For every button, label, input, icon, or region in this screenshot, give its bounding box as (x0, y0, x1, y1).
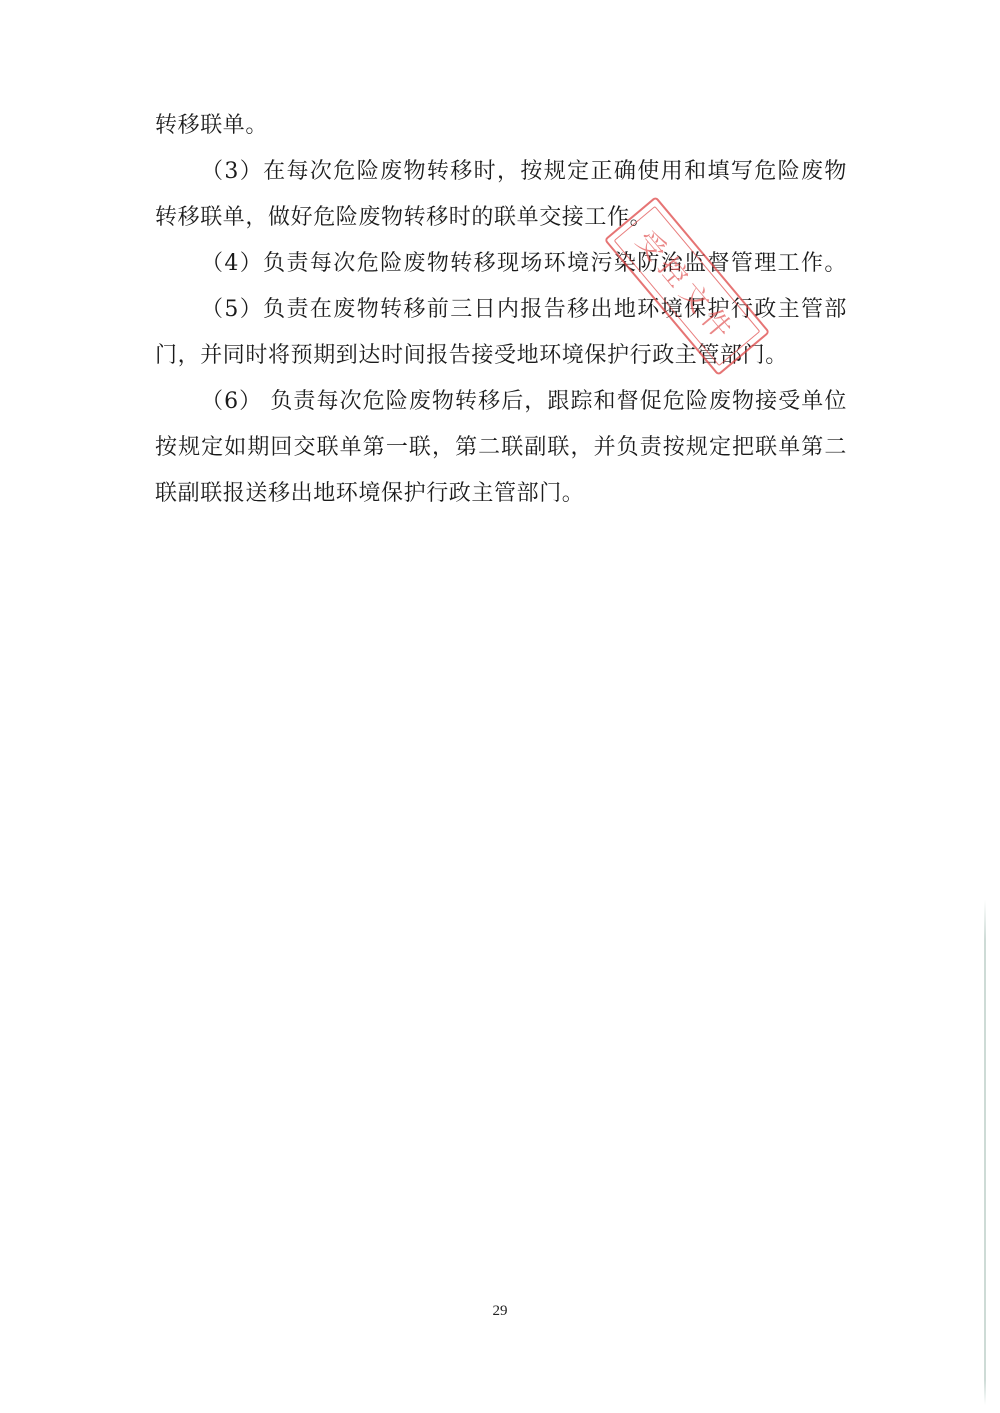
text-line: 转移联单。 (155, 103, 855, 149)
body-text: 转移联单。 （3）在每次危险废物转移时，按规定正确使用和填写危险废物 转移联单，… (155, 103, 855, 517)
paragraph-3-line-2: 转移联单，做好危险废物转移时的联单交接工作。 (155, 195, 855, 241)
paragraph-4-line-1: （4）负责每次危险废物转移现场环境污染防治监督管理工作。 (155, 241, 847, 287)
paragraph-6-line-1: （6） 负责每次危险废物转移后，跟踪和督促危险废物接受单位 (155, 379, 847, 425)
document-page: 转移联单。 （3）在每次危险废物转移时，按规定正确使用和填写危险废物 转移联单，… (0, 0, 1000, 1413)
paragraph-5-line-1: （5）负责在废物转移前三日内报告移出地环境保护行政主管部 (155, 287, 847, 333)
paragraph-6-line-2: 按规定如期回交联单第一联，第二联副联，并负责按规定把联单第二 (155, 425, 847, 471)
page-number: 29 (0, 1303, 1000, 1320)
paragraph-5-line-2: 门，并同时将预期到达时间报告接受地环境保护行政主管部门。 (155, 333, 855, 379)
paragraph-3-line-1: （3）在每次危险废物转移时，按规定正确使用和填写危险废物 (155, 149, 847, 195)
scan-artifact-line (984, 900, 986, 1405)
paragraph-6-line-3: 联副联报送移出地环境保护行政主管部门。 (155, 471, 855, 517)
